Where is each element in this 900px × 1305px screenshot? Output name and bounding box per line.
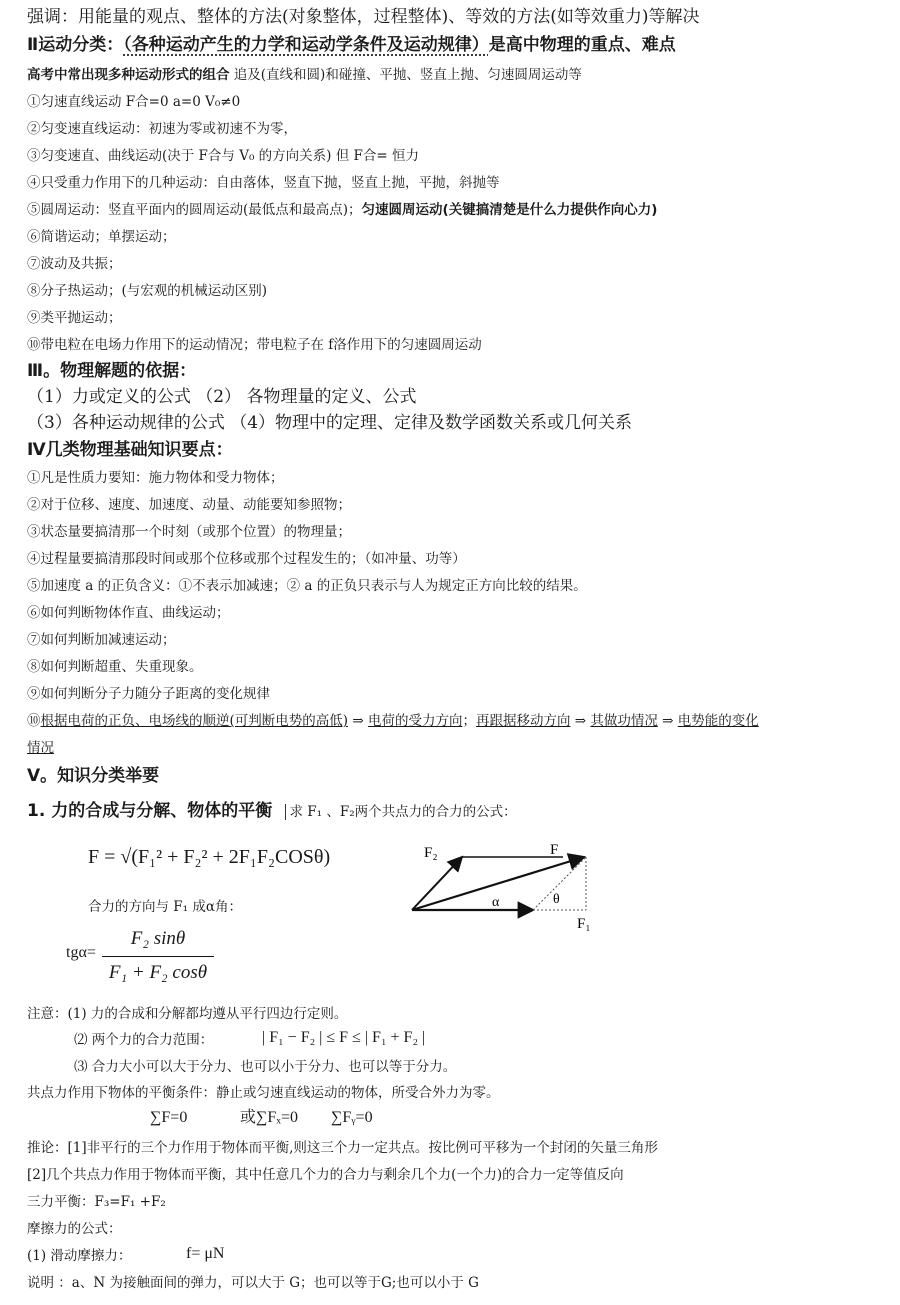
motion-item-5-text: ⑤圆周运动：竖直平面内的圆周运动(最低点和最高点)； bbox=[27, 202, 362, 218]
motion-item-9: ⑨类平抛运动； bbox=[27, 309, 122, 327]
arrow-icon: ⇒ bbox=[570, 713, 590, 729]
basic-item-9: ⑨如何判断分子力随分子距离的变化规律 bbox=[27, 685, 270, 703]
note-3: ⑶ 合力大小可以大于分力、也可以小于分力、也可以等于分力。 bbox=[74, 1058, 456, 1076]
resultant-force-formula: F = √(F₁² + F₂² + 2F₁F₂COSθ) bbox=[88, 846, 330, 869]
tg-denominator: F₁ + F₂ cosθ bbox=[102, 962, 214, 984]
label-f: F bbox=[550, 842, 558, 858]
basic-item-6: ⑥如何判断物体作直、曲线运动； bbox=[27, 604, 230, 622]
friction-formula: f= μN bbox=[186, 1245, 224, 1263]
emphasis-line: 强调：用能量的观点、整体的方法(对象整体，过程整体)、等效的方法(如等效重力)等… bbox=[27, 6, 700, 28]
friction-title: 摩擦力的公式： bbox=[27, 1220, 122, 1238]
tg-numerator: F₂ sinθ bbox=[102, 928, 214, 950]
label-f2: F₂ bbox=[424, 845, 438, 861]
item10-part2: 电荷的受力方向 bbox=[368, 713, 463, 729]
combo-line: 高考中常出现多种运动形式的组合 追及(直线和圆)和碰撞、平抛、竖直上抛、匀速圆周… bbox=[27, 66, 582, 84]
sum-eq-1: ∑F=0 bbox=[150, 1109, 187, 1127]
item10-number: ⑩ bbox=[27, 713, 41, 729]
motion-item-2: ②匀变速直线运动：初速为零或初速不为零， bbox=[27, 120, 297, 138]
label-alpha: α bbox=[492, 895, 500, 910]
motion-item-3: ③匀变速直、曲线运动(决于 F合与 V₀ 的方向关系) 但 F合= 恒力 bbox=[27, 147, 419, 165]
section2-heading-dotted: （各种运动产生的力学和运动学条件及运动规律） bbox=[123, 35, 489, 55]
corollary-2: [2]几个共点力作用于物体而平衡，其中任意几个力的合力与剩余几个力(一个力)的合… bbox=[27, 1166, 624, 1184]
basic-item-5: ⑤加速度 a 的正负含义：①不表示加减速；② a 的正负只表示与人为规定正方向比… bbox=[27, 577, 587, 595]
motion-item-6: ⑥简谐运动；单摆运动； bbox=[27, 228, 176, 246]
item10-part1: 根据电荷的正负、电场线的顺逆(可判断电势的高低) bbox=[41, 713, 349, 729]
item10-part3: 再跟据移动方向 bbox=[476, 713, 571, 729]
subsection-1-desc: 求 F₁ 、F₂两个共点力的合力的公式： bbox=[285, 804, 517, 820]
basic-item-10: ⑩根据电荷的正负、电场线的顺逆(可判断电势的高低) ⇒ 电荷的受力方向；再跟据移… bbox=[27, 712, 759, 730]
section2-heading: Ⅱ运动分类：（各种运动产生的力学和运动学条件及运动规律）是高中物理的重点、难点 bbox=[27, 34, 676, 56]
corollary-1: 推论：[1]非平行的三个力作用于物体而平衡,则这三个力一定共点。按比例可平移为一… bbox=[27, 1139, 658, 1157]
section4-heading: Ⅳ几类物理基础知识要点： bbox=[27, 439, 233, 461]
tg-label: tgα= bbox=[66, 944, 96, 962]
basic-item-1: ①凡是性质力要知：施力物体和受力物体； bbox=[27, 469, 284, 487]
note-1: 注意：(1) 力的合成和分解都均遵从平行四边行定则。 bbox=[27, 1005, 347, 1023]
motion-item-10: ⑩带电粒在电场力作用下的运动情况；带电粒子在 f洛作用下的匀速圆周运动 bbox=[27, 336, 482, 354]
direction-text: 合力的方向与 F₁ 成α角： bbox=[88, 898, 242, 916]
sum-eq-2: 或∑Fₓ=0 bbox=[240, 1109, 298, 1127]
item10-part5: 电势能的变化 bbox=[678, 713, 759, 729]
basic-item-8: ⑧如何判断超重、失重现象。 bbox=[27, 658, 203, 676]
sum-eq-3: ∑Fᵧ=0 bbox=[331, 1109, 373, 1127]
section3-row-2: （3）各种运动规律的公式 （4）物理中的定理、定律及数学函数关系或几何关系 bbox=[27, 412, 632, 434]
explanation: 说明 ：a、N 为接触面间的弹力，可以大于 G；也可以等于G;也可以小于 G bbox=[27, 1274, 479, 1292]
basic-item-3: ③状态量要搞清那一个时刻（或那个位置）的物理量； bbox=[27, 523, 351, 541]
motion-item-1: ①匀速直线运动 F合=0 a=0 V₀≠0 bbox=[27, 93, 240, 111]
motion-item-5: ⑤圆周运动：竖直平面内的圆周运动(最低点和最高点)；匀速圆周运动(关键搞清楚是什… bbox=[27, 201, 657, 219]
fraction-bar bbox=[102, 956, 214, 957]
basic-item-2: ②对于位移、速度、加速度、动量、动能要知参照物； bbox=[27, 496, 351, 514]
combo-rest: 追及(直线和圆)和碰撞、平抛、竖直上抛、匀速圆周运动等 bbox=[230, 67, 582, 83]
section5-heading: V。知识分类举要 bbox=[27, 765, 159, 787]
friction-item: (1) 滑动摩擦力： bbox=[27, 1247, 131, 1265]
label-theta: θ bbox=[553, 892, 560, 907]
subsection-1-title: 1. 力的合成与分解、物体的平衡 bbox=[27, 801, 272, 821]
basic-item-7: ⑦如何判断加减速运动； bbox=[27, 631, 176, 649]
force-parallelogram-diagram: F₂ F α θ F₁ bbox=[400, 835, 600, 935]
section2-heading-prefix: Ⅱ运动分类： bbox=[27, 35, 123, 55]
note-2: ⑵ 两个力的合力范围： bbox=[74, 1031, 213, 1049]
subsection-1: 1. 力的合成与分解、物体的平衡 求 F₁ 、F₂两个共点力的合力的公式： bbox=[27, 800, 517, 822]
section3-heading: Ⅲ。物理解题的依据： bbox=[27, 360, 196, 382]
three-force-balance: 三力平衡：F₃=F₁ +F₂ bbox=[27, 1193, 166, 1211]
combo-bold: 高考中常出现多种运动形式的组合 bbox=[27, 67, 230, 83]
arrow-icon: ⇒ bbox=[658, 713, 678, 729]
range-formula: | F₁ − F₂ | ≤ F ≤ | F₁ + F₂ | bbox=[262, 1029, 425, 1047]
equilibrium-condition: 共点力作用下物体的平衡条件：静止或匀速直线运动的物体，所受合外力为零。 bbox=[27, 1084, 500, 1102]
motion-item-8: ⑧分子热运动；(与宏观的机械运动区别) bbox=[27, 282, 267, 300]
motion-item-4: ④只受重力作用下的几种运动：自由落体，竖直下抛，竖直上抛，平抛，斜抛等 bbox=[27, 174, 500, 192]
motion-item-7: ⑦波动及共振； bbox=[27, 255, 122, 273]
item10-separator: ； bbox=[462, 713, 476, 729]
motion-item-5-bold: 匀速圆周运动(关键搞清楚是什么力提供作向心力) bbox=[362, 202, 658, 218]
section3-row-1: （1）力或定义的公式 （2） 各物理量的定义、公式 bbox=[27, 386, 416, 408]
section2-heading-suffix: 是高中物理的重点、难点 bbox=[489, 35, 676, 55]
arrow-icon: ⇒ bbox=[348, 713, 368, 729]
basic-item-10-cont: 情况 bbox=[27, 739, 54, 757]
item10-part4: 其做功情况 bbox=[590, 713, 658, 729]
label-f1: F₁ bbox=[577, 916, 591, 932]
basic-item-4: ④过程量要搞清那段时间或那个位移或那个过程发生的；（如冲量、功等） bbox=[27, 550, 466, 568]
